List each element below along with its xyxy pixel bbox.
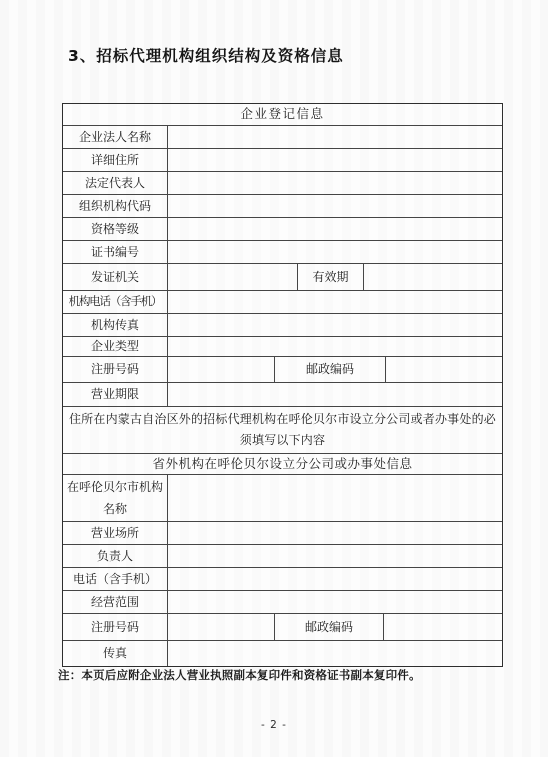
- value-cell: [383, 614, 502, 640]
- row-label: 注册号码: [63, 614, 167, 640]
- table-row: 电话（含手机）: [63, 567, 502, 590]
- table-row: 机构电话（含手机）: [63, 290, 502, 313]
- table-row: 在呼伦贝尔市机构名称: [63, 474, 502, 521]
- row-label: 企业类型: [63, 337, 167, 356]
- row-label: 注册号码: [63, 357, 167, 382]
- value-cell: [167, 641, 502, 666]
- row-mid-label: 邮政编码: [274, 614, 383, 640]
- value-cell: [167, 614, 274, 640]
- row-label: 详细住所: [63, 149, 167, 171]
- value-cell: [167, 172, 502, 194]
- row-label: 传真: [63, 641, 167, 666]
- table-row: 资格等级: [63, 217, 502, 240]
- table-row: 营业期限: [63, 382, 502, 406]
- note-text: 住所在内蒙古自治区外的招标代理机构在呼伦贝尔市设立分公司或者办事处的必须填写以下…: [63, 407, 502, 453]
- value-cell: [167, 126, 502, 148]
- value-cell: [385, 357, 502, 382]
- row-mid-label: 有效期: [297, 264, 363, 290]
- row-label: 机构电话（含手机）: [63, 291, 167, 313]
- row-label: 营业期限: [63, 383, 167, 406]
- table-note-row: 住所在内蒙古自治区外的招标代理机构在呼伦贝尔市设立分公司或者办事处的必须填写以下…: [63, 406, 502, 453]
- value-cell: [167, 383, 502, 406]
- value-cell: [167, 591, 502, 613]
- value-cell: [167, 545, 502, 567]
- table-row: 机构传真: [63, 313, 502, 336]
- row-label: 经营范围: [63, 591, 167, 613]
- value-cell: [167, 475, 502, 521]
- table-row: 详细住所: [63, 148, 502, 171]
- row-label: 负责人: [63, 545, 167, 567]
- page-number: - 2 -: [0, 719, 548, 731]
- row-label: 组织机构代码: [63, 195, 167, 217]
- table-row: 负责人: [63, 544, 502, 567]
- row-label: 电话（含手机）: [63, 568, 167, 590]
- value-cell: [167, 357, 274, 382]
- row-label: 企业法人名称: [63, 126, 167, 148]
- table-row: 组织机构代码: [63, 194, 502, 217]
- section1-header-row: 企业登记信息: [63, 104, 502, 125]
- row-label: 机构传真: [63, 314, 167, 336]
- value-cell: [167, 218, 502, 240]
- section2-header-row: 省外机构在呼伦贝尔设立分公司或办事处信息: [63, 453, 502, 474]
- table-row: 经营范围: [63, 590, 502, 613]
- row-label: 发证机关: [63, 264, 167, 290]
- row-label: 法定代表人: [63, 172, 167, 194]
- value-cell: [167, 264, 297, 290]
- value-cell: [167, 195, 502, 217]
- table-row: 营业场所: [63, 521, 502, 544]
- value-cell: [167, 568, 502, 590]
- table-row: 企业法人名称: [63, 125, 502, 148]
- table-row: 发证机关 有效期: [63, 263, 502, 290]
- row-mid-label: 邮政编码: [274, 357, 385, 382]
- row-label: 营业场所: [63, 522, 167, 544]
- table-row: 注册号码 邮政编码: [63, 613, 502, 640]
- value-cell: [167, 337, 502, 356]
- table-row: 企业类型: [63, 336, 502, 356]
- attachment-footnote: 注：本页后应附企业法人营业执照副本复印件和资格证书副本复印件。: [58, 667, 421, 683]
- row-label: 在呼伦贝尔市机构名称: [63, 475, 167, 521]
- value-cell: [167, 241, 502, 263]
- value-cell: [363, 264, 502, 290]
- row-label: 证书编号: [63, 241, 167, 263]
- section1-title: 企业登记信息: [63, 104, 502, 125]
- section2-title: 省外机构在呼伦贝尔设立分公司或办事处信息: [63, 454, 502, 474]
- table-row: 法定代表人: [63, 171, 502, 194]
- value-cell: [167, 522, 502, 544]
- value-cell: [167, 314, 502, 336]
- table-row: 证书编号: [63, 240, 502, 263]
- row-label: 资格等级: [63, 218, 167, 240]
- registration-form-table: 企业登记信息 企业法人名称 详细住所 法定代表人 组织机构代码 资格等级 证书编…: [62, 103, 503, 667]
- table-row: 注册号码 邮政编码: [63, 356, 502, 382]
- page-title: 3、招标代理机构组织结构及资格信息: [68, 44, 344, 66]
- value-cell: [167, 149, 502, 171]
- value-cell: [167, 291, 502, 313]
- table-row: 传真: [63, 640, 502, 666]
